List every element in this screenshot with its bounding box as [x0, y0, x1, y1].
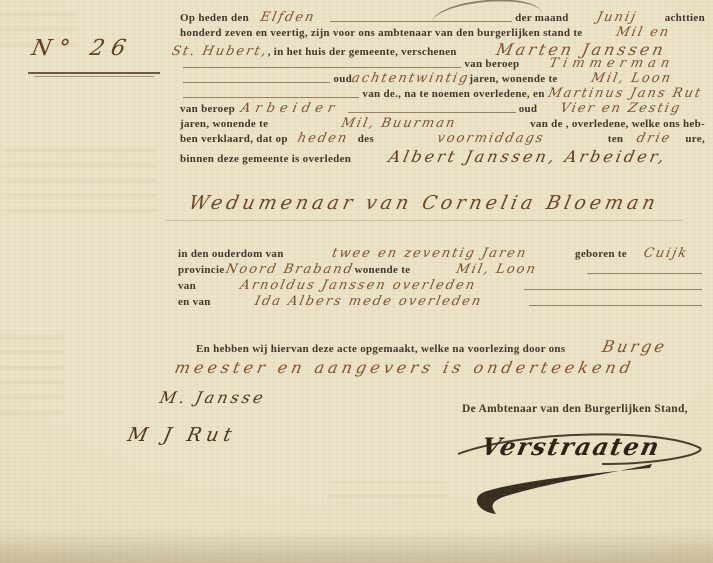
- printed-segment: Op heden den: [180, 12, 249, 24]
- printed-segment: En hebben wij hiervan deze acte opgemaak…: [196, 343, 565, 355]
- act-number: N° 26: [32, 36, 132, 61]
- printed-segment: van beroep: [464, 58, 519, 70]
- printed-segment: jaren, wonende te: [469, 73, 557, 85]
- fill-rule: [587, 272, 702, 274]
- printed-segment: ure,: [685, 133, 705, 145]
- bleed-through-text: [0, 330, 64, 414]
- fill-rule: [183, 66, 461, 68]
- body-line: in den ouderdom van twee en zeventig Jar…: [178, 246, 705, 261]
- body-line: en van Ida Albers mede overleden: [178, 294, 705, 309]
- printed-segment: der maand: [515, 12, 569, 24]
- body-line: ben verklaard, dat op heden des voormidd…: [180, 131, 705, 146]
- printed-segment: van de , overledene, welke ons heb-: [530, 118, 705, 130]
- handwritten-widower-note: Wedumenaar van Cornelia Bloeman: [163, 192, 686, 214]
- printed-segment: achttien: [665, 12, 705, 24]
- body-line: honderd zeven en veertig, zijn voor ons …: [180, 25, 705, 40]
- body-line: jaren, wonende te Mil, Buurman van de , …: [180, 116, 705, 131]
- fill-rule: [524, 288, 702, 290]
- handwritten-month: Junij: [567, 10, 666, 25]
- body-line: van Arnoldus Janssen overleden: [178, 278, 705, 293]
- bleed-through-text: [328, 482, 446, 498]
- date-line: Op heden den Elfden der maand Junij acht…: [180, 10, 705, 25]
- handwritten-hour: drie: [622, 131, 687, 146]
- body-line: van beroep Timmerman: [180, 56, 705, 71]
- handwritten-province: Noord Braband: [223, 262, 356, 277]
- official-signature: Verstraaten: [452, 428, 712, 520]
- printed-segment: jaren, wonende te: [180, 118, 268, 130]
- signature-text: M J Rut: [126, 424, 239, 446]
- handwritten-birthplace: Cuijk: [625, 246, 706, 261]
- printed-segment: van beroep: [180, 103, 235, 115]
- signature-text: M. Jansse: [158, 388, 268, 407]
- fill-rule: [348, 111, 516, 113]
- handwritten-age: achtentwintig: [350, 71, 470, 86]
- body-line: van de., na te noemen overledene, en Mar…: [180, 86, 705, 101]
- printed-segment: van: [178, 280, 196, 292]
- printed-segment: De Ambtenaar van den Burgerlijken Stand,: [462, 403, 688, 415]
- official-title: De Ambtenaar van den Burgerlijken Stand,: [462, 403, 688, 415]
- handwritten-residence: Mil, Loon: [556, 71, 707, 86]
- closing-line: En hebben wij hiervan deze acte opgemaak…: [196, 337, 705, 356]
- printed-segment: in den ouderdom van: [178, 248, 284, 260]
- printed-segment: ben verklaard, dat op: [180, 133, 288, 145]
- printed-segment: wonende te: [355, 264, 411, 276]
- handwritten-deceased-name: Albert Janssen, Arbeider,: [349, 147, 707, 166]
- body-line: Wedumenaar van Cornelia Bloeman: [165, 192, 683, 221]
- printed-segment: geboren te: [575, 248, 627, 260]
- body-line: provincie Noord Braband wonende te Mil, …: [178, 262, 705, 277]
- act-number-underline: [28, 72, 160, 74]
- printed-segment: oud: [519, 103, 538, 115]
- printed-segment: van de., na te noemen overledene, en: [362, 88, 544, 100]
- declarant-signature-2: M J Rut: [128, 424, 236, 446]
- fill-rule: [529, 304, 702, 306]
- handwritten-occupation: Timmerman: [518, 56, 707, 71]
- handwritten-place: Mil en: [581, 25, 707, 40]
- body-line: binnen deze gemeente is overleden Albert…: [180, 147, 705, 166]
- document-scan: N° 26 Op heden den Elfden der maand Juni…: [0, 0, 713, 563]
- printed-segment: binnen deze gemeente is overleden: [180, 153, 351, 165]
- handwritten-date-word: heden: [286, 131, 359, 146]
- fill-rule: [330, 20, 512, 22]
- printed-segment: oud: [333, 73, 352, 85]
- handwritten-word: Burge: [563, 337, 707, 356]
- fill-rule: [183, 96, 359, 98]
- handwritten-residence: Mil, Buurman: [267, 116, 532, 131]
- signature-text: Verstraaten: [479, 432, 664, 461]
- printed-segment: honderd zeven en veertig, zijn voor ons …: [180, 27, 582, 39]
- act-number-underline: [34, 76, 154, 77]
- handwritten-declarant2-name: Martinus Jans Rut: [543, 86, 707, 101]
- handwritten-day: Elfden: [247, 10, 328, 25]
- body-line: van beroep Arbeider oud Vier en Zestig: [180, 101, 705, 116]
- handwritten-age-at-death: twee en zeventig Jaren: [282, 246, 577, 261]
- fill-rule: [183, 81, 330, 83]
- handwritten-mother-name: Ida Albers mede overleden: [209, 294, 527, 309]
- handwritten-occupation: Arbeider: [233, 101, 346, 116]
- closing-line: meester en aangevers is onderteekend: [175, 358, 583, 377]
- printed-segment: en van: [178, 296, 211, 308]
- handwritten-closing: meester en aangevers is onderteekend: [173, 358, 636, 377]
- handwritten-daypart: voormiddags: [372, 131, 609, 146]
- handwritten-residence: Mil, Loon: [409, 262, 585, 277]
- handwritten-age: Vier en Zestig: [536, 101, 707, 116]
- printed-segment: des: [358, 133, 374, 145]
- body-line: oud achtentwintig jaren, wonende te Mil,…: [180, 71, 705, 86]
- printed-segment: provincie: [178, 264, 225, 276]
- handwritten-father-name: Arnoldus Janssen overleden: [194, 278, 522, 293]
- act-number-value: N° 26: [29, 36, 135, 61]
- bleed-through-text: [6, 146, 156, 212]
- declarant-signature-1: M. Jansse: [160, 388, 266, 407]
